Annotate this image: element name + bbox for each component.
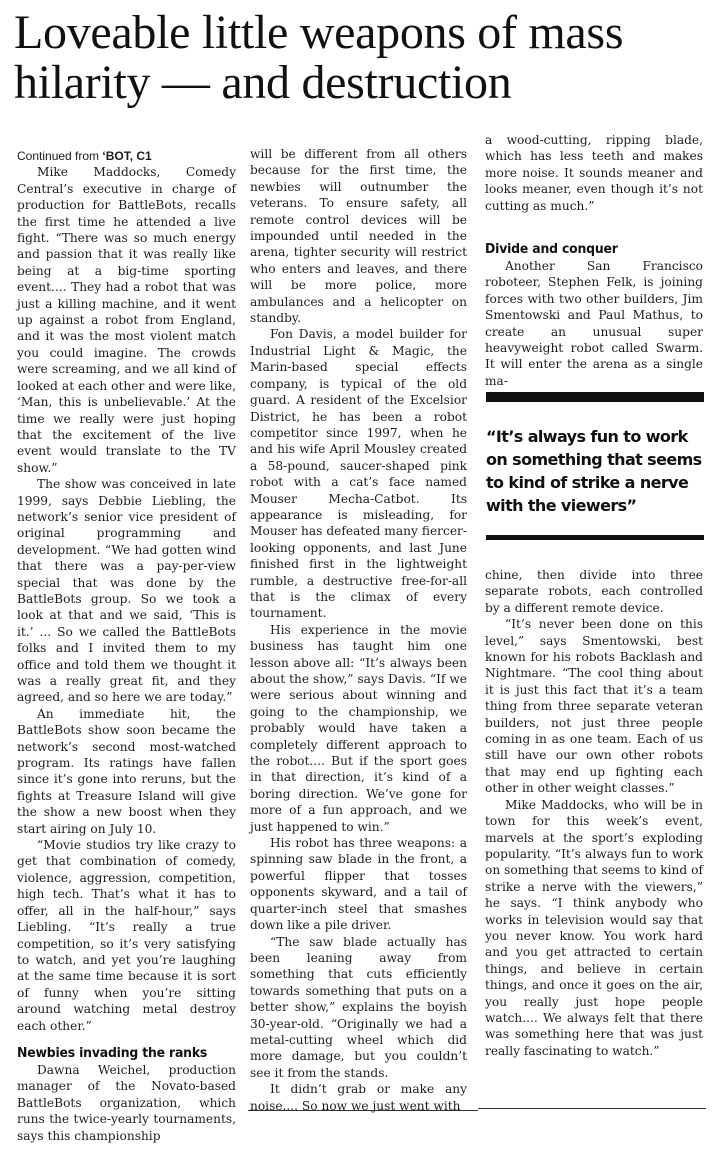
body-paragraph: chine, then divide into three separate r… bbox=[485, 567, 703, 616]
subhead-newbies: Newbies invading the ranks bbox=[17, 1044, 218, 1062]
body-paragraph: Dawna Weichel, production manager of the… bbox=[17, 1062, 236, 1144]
body-paragraph: “Movie studios try like crazy to get tha… bbox=[17, 837, 236, 1034]
headline: Loveable little weapons of mass hilarity… bbox=[14, 8, 714, 108]
column-1: Continued from ‘BOT, C1 Mike Maddocks, C… bbox=[17, 148, 236, 1144]
body-paragraph: a wood-cutting, ripping blade, which has… bbox=[485, 132, 703, 214]
body-paragraph: Another San Francisco roboteer, Stephen … bbox=[485, 258, 703, 389]
body-paragraph: Fon Davis, a model builder for Industria… bbox=[250, 326, 467, 621]
body-paragraph: Mike Maddocks, Comedy Central’s executiv… bbox=[17, 164, 236, 476]
body-paragraph: will be different from all others becaus… bbox=[250, 146, 467, 326]
subhead-divide-and-conquer: Divide and conquer bbox=[485, 240, 686, 258]
body-paragraph: The show was conceived in late 1999, say… bbox=[17, 476, 236, 706]
continued-label: Continued from bbox=[17, 149, 102, 163]
column-3-top: a wood-cutting, ripping blade, which has… bbox=[485, 132, 703, 389]
body-paragraph: Mike Maddocks, who will be in town for t… bbox=[485, 797, 703, 1060]
body-paragraph: “The saw blade actually has been leaning… bbox=[250, 934, 467, 1082]
continued-ref: ‘BOT, C1 bbox=[102, 149, 151, 163]
pull-quote: “It’s always fun to work on something th… bbox=[486, 425, 706, 517]
pull-quote-top-bar bbox=[486, 392, 704, 402]
column-3-bottom: chine, then divide into three separate r… bbox=[485, 567, 703, 1059]
pull-quote-bottom-bar bbox=[486, 535, 704, 540]
body-paragraph: An immediate hit, the BattleBots show so… bbox=[17, 706, 236, 837]
body-paragraph: His experience in the movie business has… bbox=[250, 622, 467, 835]
column-2-end-rule bbox=[248, 1110, 478, 1111]
column-2: will be different from all others becaus… bbox=[250, 146, 467, 1114]
body-paragraph: His robot has three weapons: a spinning … bbox=[250, 835, 467, 933]
column-3-end-rule bbox=[478, 1108, 706, 1109]
body-paragraph: “It’s never been done on this level,” sa… bbox=[485, 616, 703, 796]
continued-from-line: Continued from ‘BOT, C1 bbox=[17, 148, 236, 164]
